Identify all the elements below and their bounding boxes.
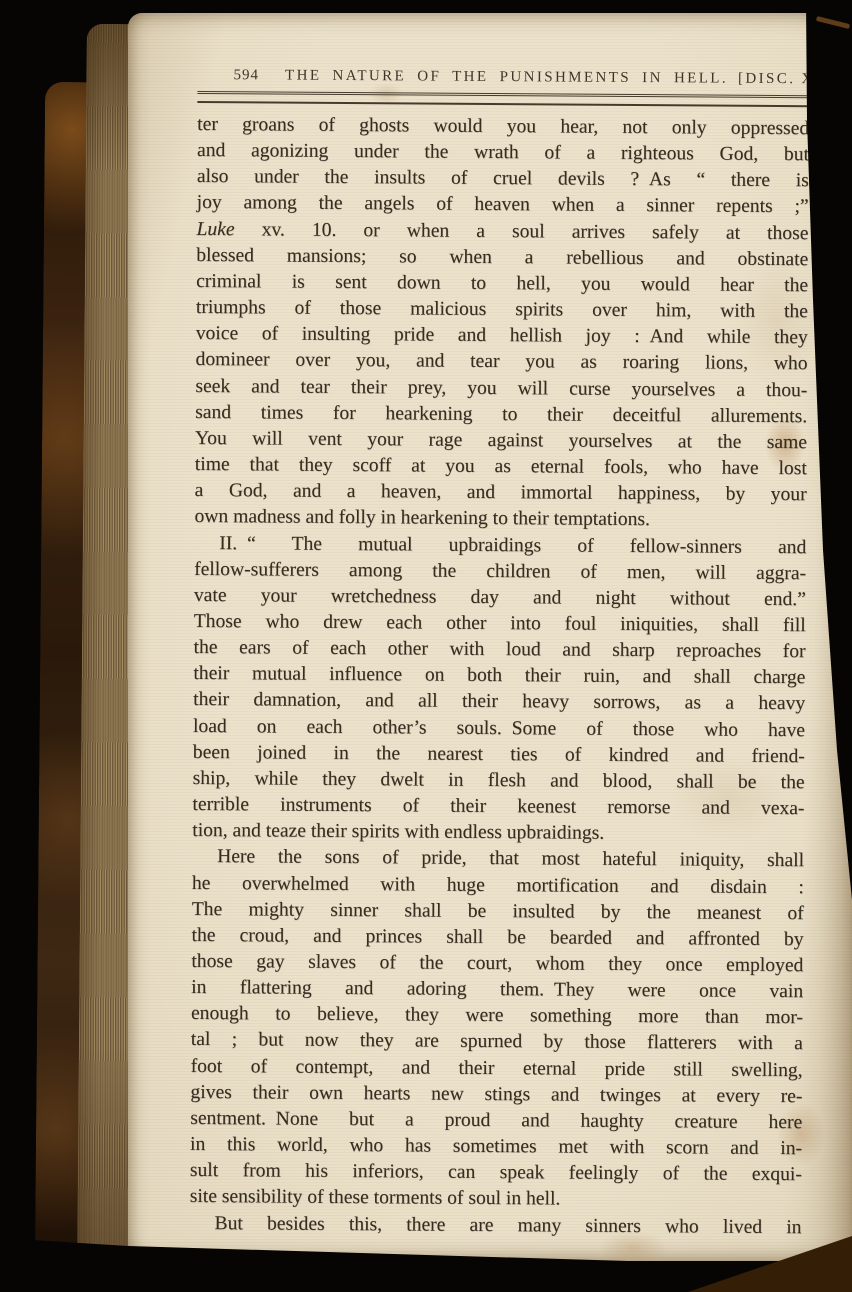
text-line: fellow-sufferers among the children of m… [194,557,806,587]
page-content: 594 THE NATURE OF THE PUNISHMENTS IN HEL… [119,10,852,1241]
text-line: domineer over you, and tear you as roari… [195,347,807,377]
header-rule [197,91,809,107]
body-text: ter groans of ghosts would you hear, not… [189,112,809,1241]
paragraph: But besides this, there are many sinners… [189,1210,801,1240]
text-line: site sensibility of these torments of so… [190,1184,802,1214]
text-line: been joined in the nearest ties of kindr… [193,740,805,770]
paragraph: Here the sons of pride, that most hatefu… [190,844,805,1214]
paragraph: ter groans of ghosts would you hear, not… [194,112,809,535]
text-line: own madness and folly in hearkening to t… [194,504,806,534]
text-line: II. “ The mutual upbraidings of fellow-s… [194,530,806,560]
text-line: tal ; but now they are spurned by those … [191,1027,803,1057]
text-line: seek and tear their prey, you will curse… [195,374,807,404]
page-header: 594 THE NATURE OF THE PUNISHMENTS IN HEL… [197,67,809,88]
text-line: sand times for hearkening to their decei… [195,400,807,430]
running-title: THE NATURE OF THE PUNISHMENTS IN HELL. [285,68,728,88]
text-line: load on each other’s souls. Some of thos… [193,714,805,744]
discourse-label: [DISC. XII. [738,71,836,89]
text-line: The mighty sinner shall be insulted by t… [192,897,804,927]
text-line: foot of contempt, and their eternal prid… [191,1054,803,1084]
text-line: joy among the angels of heaven when a si… [197,190,809,220]
text-line: But besides this, there are many sinners… [189,1210,801,1240]
text-line: he overwhelmed with huge mortification a… [192,870,804,900]
book-page: 594 THE NATURE OF THE PUNISHMENTS IN HEL… [128,13,852,1261]
text-line: their damnation, and all their heavy sor… [193,687,805,717]
text-line: Here the sons of pride, that most hatefu… [192,844,804,874]
paragraph: II. “ The mutual upbraidings of fellow-s… [192,530,806,848]
text-line: Luke xv. 10. or when a soul arrives safe… [196,217,808,247]
page-number: 594 [233,67,259,84]
